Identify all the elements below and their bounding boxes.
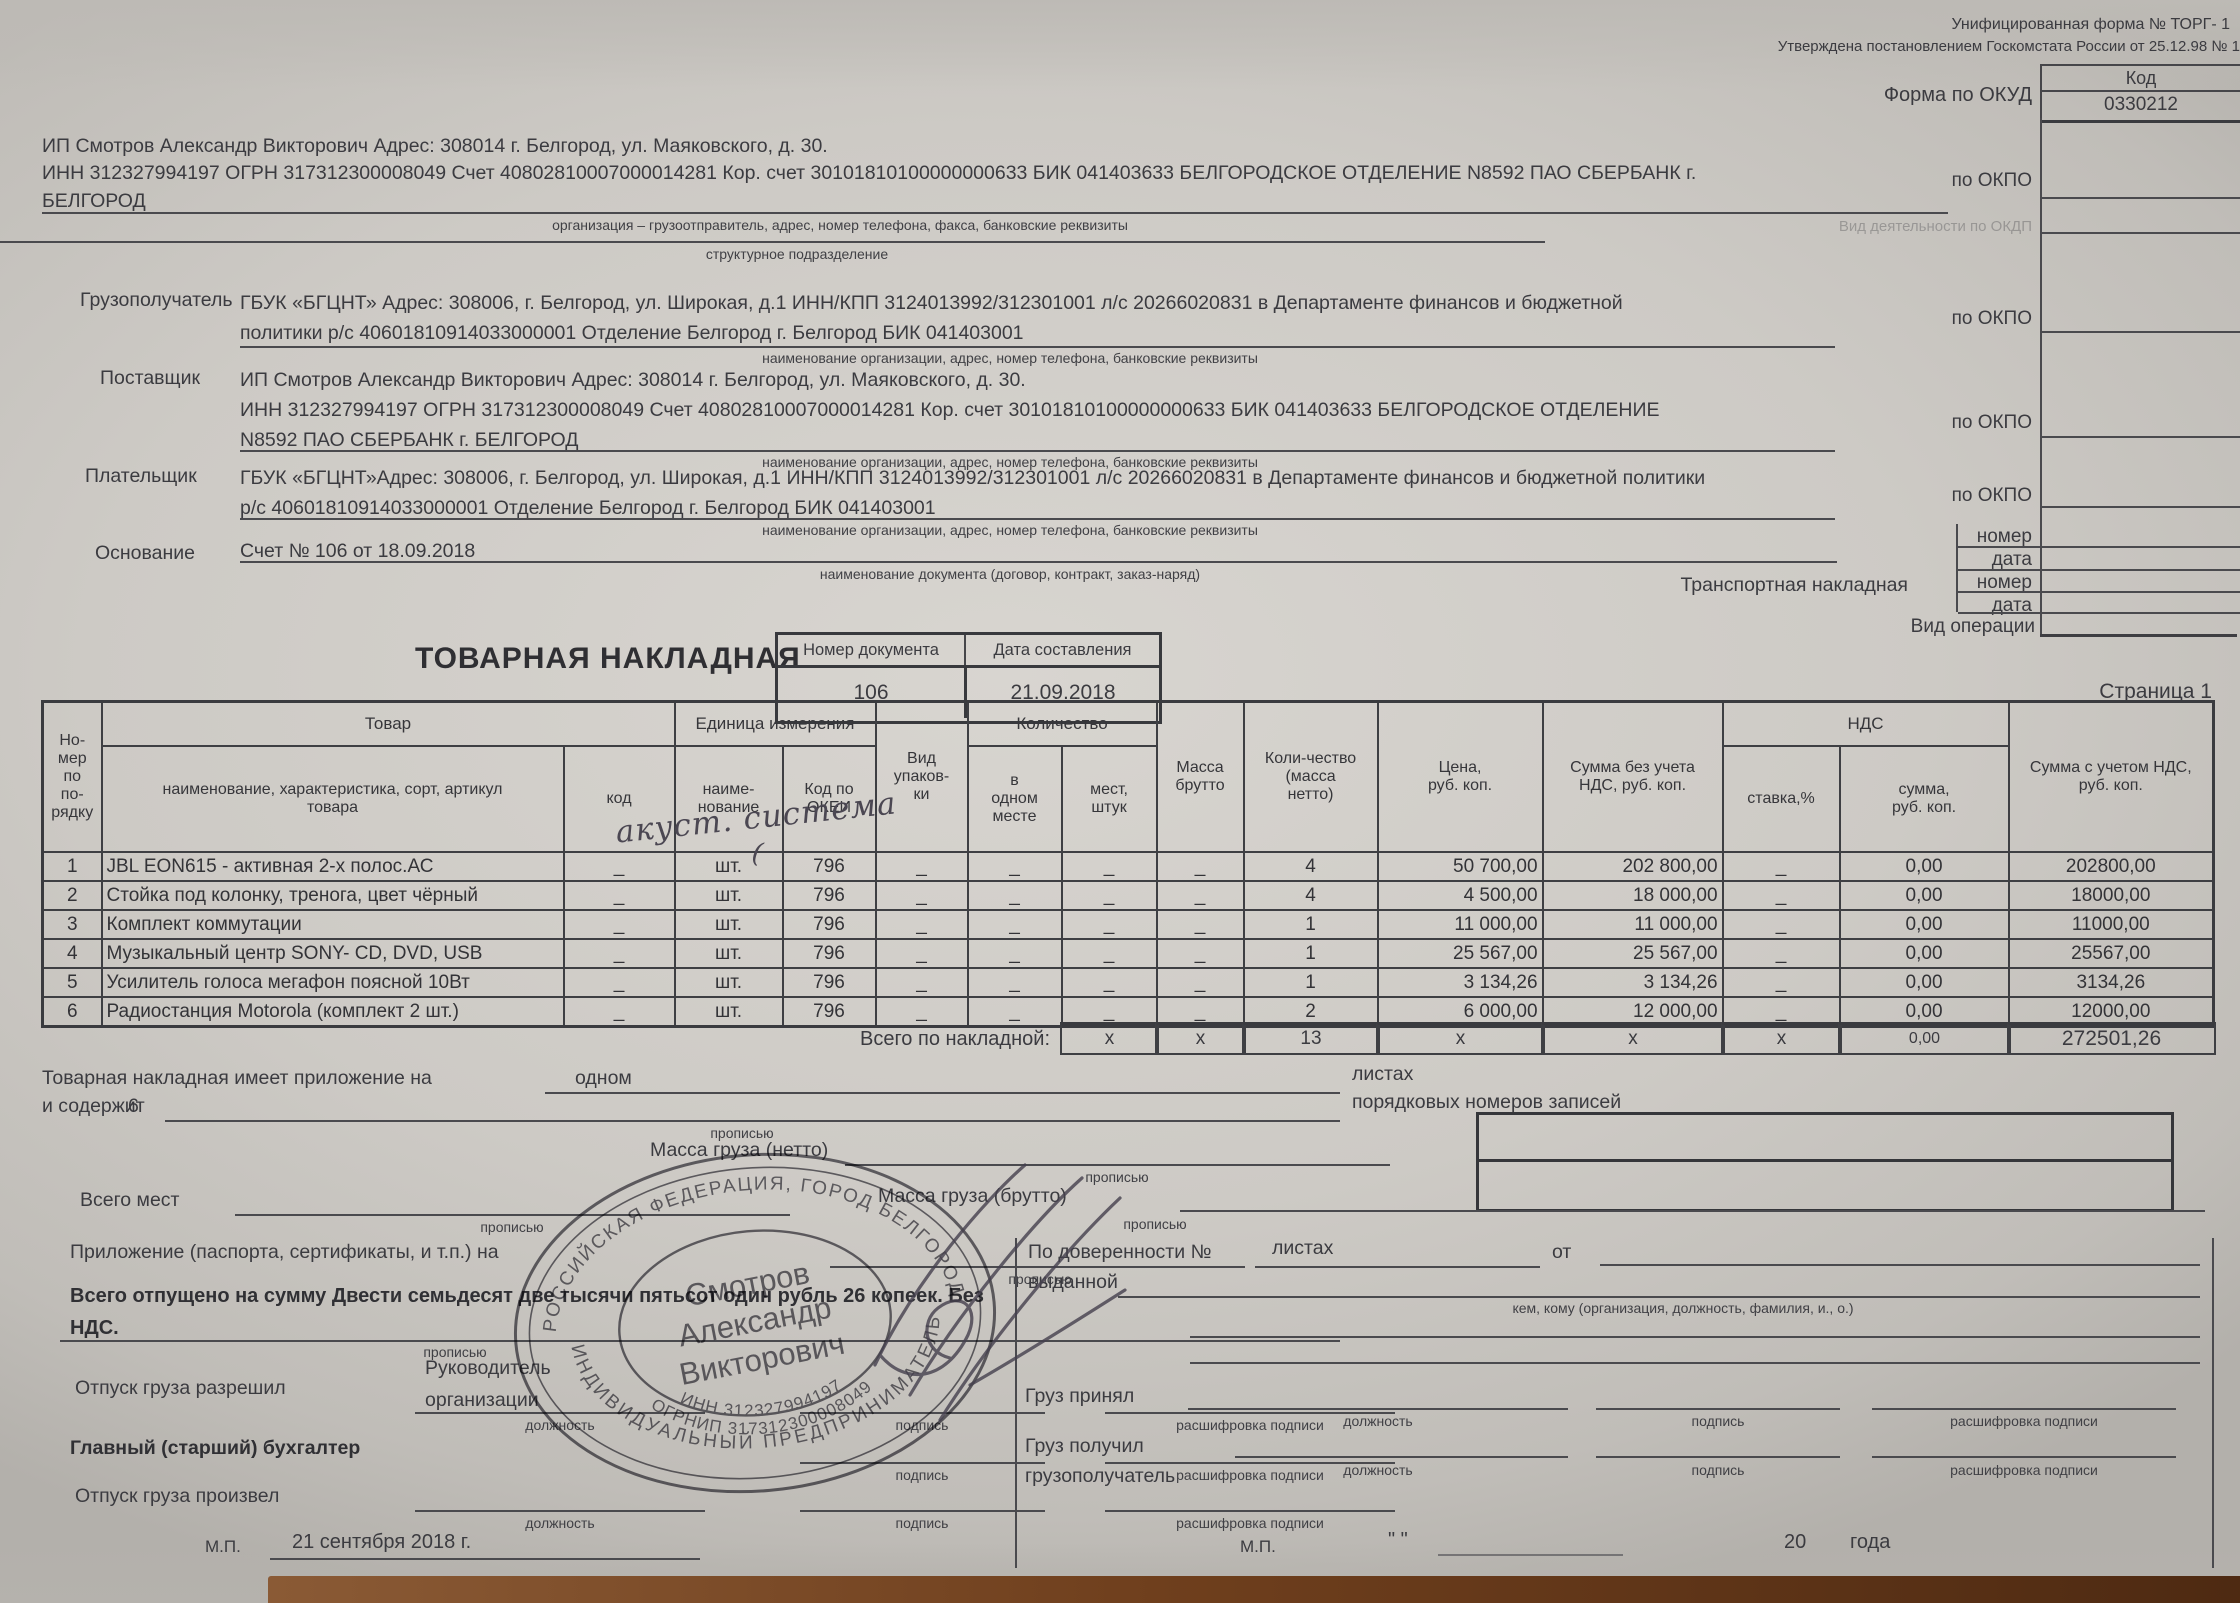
col-product-group: Товар — [102, 702, 675, 747]
item-row: 1JBL EON615 - активная 2-х полос.АС_шт.7… — [43, 852, 2214, 881]
rule-line — [415, 1510, 705, 1512]
stamp-inn-text: ИНН 312327994197 — [676, 1375, 847, 1427]
head-role-2: организации — [425, 1388, 539, 1412]
basis-date-label: дата — [1992, 549, 2032, 571]
rule-line — [1872, 1408, 2176, 1410]
sign-caption: подпись — [1692, 1462, 1745, 1478]
totals-label: Всего по накладной: — [860, 1028, 1050, 1051]
cargo-received-label-1: Груз получил — [1025, 1434, 1144, 1458]
rule-line — [165, 1120, 1340, 1122]
shipper-line-1: ИП Смотров Александр Викторович Адрес: 3… — [42, 134, 828, 158]
col-product-name: наименование, характеристика, сорт, арти… — [102, 746, 564, 852]
rule-line — [270, 1558, 700, 1560]
attachment-suffix: листах — [1272, 1236, 1333, 1260]
rule-line — [1872, 1456, 2176, 1458]
sign-name-caption: расшифровка подписи — [1950, 1413, 2098, 1429]
item-row: 3Комплект коммутации_шт.796____111 000,0… — [43, 910, 2214, 939]
rule-line — [2040, 197, 2240, 199]
col-vat-group: НДС — [1723, 702, 2009, 747]
sign-name-caption: расшифровка подписи — [1950, 1462, 2098, 1478]
item-row: 2Стойка под колонку, тренога, цвет чёрны… — [43, 881, 2214, 910]
item-row: 4Музыкальный центр SONY- CD, DVD, USB_шт… — [43, 939, 2214, 968]
propis-caption: прописью — [480, 1219, 543, 1235]
operation-type-label: Вид операции — [1911, 616, 2035, 638]
rule-line — [0, 241, 1545, 243]
rule-line — [1255, 1266, 1540, 1268]
sign-caption: подпись — [1692, 1413, 1745, 1429]
col-qty: Коли-чество (масса нетто) — [1244, 702, 1378, 853]
appendix-suffix-1: листах — [1352, 1062, 1413, 1086]
totals-price: х — [1376, 1022, 1545, 1055]
rule-line — [2040, 232, 2240, 234]
svg-text:ИНН 312327994197: ИНН 312327994197 — [676, 1375, 847, 1427]
rule-line — [1105, 1510, 1395, 1512]
rule-line — [1438, 1554, 1623, 1556]
shipper-line-3: БЕЛГОРОД — [42, 189, 146, 213]
col-places: мест, штук — [1062, 746, 1157, 852]
sign-caption: подпись — [896, 1467, 949, 1483]
supplier-label: Поставщик — [100, 366, 200, 390]
position-caption: должность — [1343, 1413, 1412, 1429]
rule-line — [1958, 612, 2240, 614]
totals-qty: 13 — [1242, 1022, 1380, 1055]
sign-caption: подпись — [896, 1417, 949, 1433]
rule-line — [1958, 569, 2240, 571]
totals-sum: х — [1541, 1022, 1725, 1055]
release-made-label: Отпуск груза произвел — [75, 1484, 279, 1508]
col-price: Цена, руб. коп. — [1378, 702, 1543, 853]
rule-line — [2212, 1238, 2214, 1568]
head-role-1: Руководитель — [425, 1356, 551, 1380]
basis-caption: наименование документа (договор, контрак… — [820, 566, 1200, 582]
total-places-label: Всего мест — [80, 1188, 179, 1212]
rule-line — [42, 212, 1948, 214]
rule-line — [800, 1510, 1045, 1512]
rule-line — [240, 561, 1837, 563]
rule-line — [1118, 1296, 2200, 1298]
rule-line — [2040, 436, 2240, 438]
okpo-label-payer: по ОКПО — [1952, 485, 2032, 507]
position-caption: должность — [1343, 1462, 1412, 1478]
doc-number-label: Номер документа — [778, 635, 966, 665]
rule-line — [415, 1412, 705, 1414]
col-unit-group: Единица измерения — [675, 702, 876, 747]
total-amount-words-1: Всего отпущено на сумму Двести семьдесят… — [70, 1284, 984, 1309]
col-vat-sum: сумма, руб. коп. — [1840, 746, 2009, 852]
rule-line — [1235, 1456, 1568, 1458]
rule-line — [1596, 1456, 1840, 1458]
basis-label: Основание — [95, 541, 195, 565]
propis-caption: прописью — [1123, 1216, 1186, 1232]
okpo-label-supplier: по ОКПО — [1952, 412, 2032, 434]
payer-label: Плательщик — [85, 464, 197, 488]
totals-brutto: х — [1155, 1022, 1246, 1055]
photo-table-edge — [268, 1576, 2240, 1603]
attorney-issued-label: выданной — [1028, 1270, 1118, 1294]
col-brutto: Масса брутто — [1157, 702, 1244, 853]
cargo-accepted-label: Груз принял — [1025, 1384, 1134, 1408]
total-amount-words-2: НДС. — [70, 1316, 119, 1341]
okud-value: 0330212 — [2042, 92, 2240, 118]
payer-line-1: ГБУК «БГЦНТ»Адрес: 308006, г. Белгород, … — [240, 466, 1705, 490]
rule-line — [845, 1164, 1390, 1166]
activity-okdp-label: Вид деятельности по ОКДП — [1839, 218, 2032, 235]
col-per-place: в одном месте — [968, 746, 1062, 852]
col-num: Но- мер по по- рядку — [43, 702, 102, 853]
transport-waybill-label: Транспортная накладная — [1680, 574, 1908, 597]
release-allowed-label: Отпуск груза разрешил — [75, 1376, 286, 1400]
supplier-line-1: ИП Смотров Александр Викторович Адрес: 3… — [240, 368, 1026, 392]
sign-caption: подпись — [896, 1515, 949, 1531]
appendix-value-2: 6 — [128, 1094, 139, 1118]
rule-line — [1015, 1238, 1017, 1568]
date-quotes: " " — [1388, 1528, 1408, 1553]
rule-line — [1958, 591, 2240, 593]
rule-line — [545, 1092, 1340, 1094]
rule-line — [1956, 524, 1958, 612]
document-title: ТОВАРНАЯ НАКЛАДНАЯ — [415, 640, 801, 678]
items-table: Но- мер по по- рядку Товар Единица измер… — [41, 700, 2215, 1028]
torg-12-scanned-document: Унифицированная форма № ТОРГ- 1 Утвержде… — [0, 0, 2240, 1603]
okpo-label-consignee: по ОКПО — [1952, 308, 2032, 330]
shipper-line-2: ИНН 312327994197 ОГРН 317312300008049 Сч… — [42, 161, 1696, 185]
appendix-value-1: одном — [575, 1066, 632, 1090]
sign-name-caption: расшифровка подписи — [1176, 1467, 1324, 1483]
mp-label-left: М.П. — [205, 1536, 241, 1557]
svg-text:ИНДИВИДУАЛЬНЫЙ ПРЕДПРИНИМАТЕЛЬ: ИНДИВИДУАЛЬНЫЙ ПРЕДПРИНИМАТЕЛЬ — [566, 1311, 956, 1469]
rule-line — [60, 1340, 1340, 1342]
unified-form-note: Унифицированная форма № ТОРГ- 1 — [1951, 16, 2230, 34]
rule-line — [240, 346, 1835, 348]
rule-line — [235, 1214, 790, 1216]
shipper-caption: организация – грузоотправитель, адрес, н… — [552, 217, 1128, 233]
consignee-line-2: политики р/с 40601810914033000001 Отделе… — [240, 321, 1024, 345]
item-row: 5Усилитель голоса мегафон поясной 10Вт_ш… — [43, 968, 2214, 997]
col-total: Сумма с учетом НДС, руб. коп. — [2009, 702, 2214, 853]
mass-brutto-label: Масса груза (брутто) — [878, 1184, 1067, 1208]
cargo-received-label-2: грузополучатель — [1025, 1464, 1175, 1488]
rule-line — [1180, 1210, 2205, 1212]
rule-line — [1188, 1408, 1568, 1410]
code-box-header: Код — [2042, 66, 2240, 92]
consignee-line-1: ГБУК «БГЦНТ» Адрес: 308006, г. Белгород,… — [240, 291, 1623, 315]
code-box: Код 0330212 — [2040, 64, 2240, 123]
chief-accountant-label: Главный (старший) бухгалтер — [70, 1436, 360, 1460]
rule-line — [2040, 118, 2042, 636]
rule-line — [830, 1266, 1245, 1268]
mp-label-right: М.П. — [1240, 1536, 1276, 1557]
year-suffix: года — [1850, 1530, 1890, 1555]
structural-unit-caption: структурное подразделение — [706, 246, 888, 262]
col-vat-rate: ставка,% — [1723, 746, 1840, 852]
rule-line — [1596, 1408, 1840, 1410]
totals-vat: 0,00 — [1838, 1022, 2011, 1055]
okud-label: Форма по ОКУД — [1884, 84, 2032, 107]
basis-value: Счет № 106 от 18.09.2018 — [240, 539, 475, 563]
consignee-label: Грузополучатель — [80, 288, 233, 312]
rule-line — [2040, 506, 2240, 508]
supplier-line-2: ИНН 312327994197 ОГРН 317312300008049 Сч… — [240, 398, 1660, 422]
rule-line — [2040, 634, 2237, 637]
stamp-outer-bottom-text: ИНДИВИДУАЛЬНЫЙ ПРЕДПРИНИМАТЕЛЬ — [566, 1311, 956, 1469]
sign-name-caption: расшифровка подписи — [1176, 1417, 1324, 1433]
totals-rate: х — [1721, 1022, 1842, 1055]
okpo-label-shipper: по ОКПО — [1952, 170, 2032, 192]
year-prefix: 20 — [1784, 1530, 1806, 1555]
rule-line — [240, 518, 1835, 520]
rule-line — [1190, 1362, 2200, 1364]
sign-name-caption: расшифровка подписи — [1176, 1515, 1324, 1531]
rule-line — [240, 450, 1835, 452]
rule-line — [800, 1462, 1045, 1464]
totals-places: х — [1060, 1022, 1159, 1055]
payer-line-2: р/с 40601810914033000001 Отделение Белго… — [240, 496, 936, 520]
appendix-text-1: Товарная накладная имеет приложение на — [42, 1066, 432, 1090]
rule-line — [800, 1412, 1045, 1414]
mass-netto-label: Масса груза (нетто) — [650, 1138, 828, 1162]
supplier-line-3: N8592 ПАО СБЕРБАНК г. БЕЛГОРОД — [240, 428, 579, 452]
col-qty-group: Количество — [968, 702, 1157, 747]
rule-line — [2040, 331, 2240, 333]
attorney-from-label: от — [1552, 1240, 1571, 1264]
appendix-suffix-2: порядковых номеров записей — [1352, 1090, 1621, 1114]
doc-date-label: Дата составления — [966, 635, 1159, 665]
position-caption: должность — [525, 1417, 594, 1433]
consignee-caption: наименование организации, адрес, номер т… — [762, 350, 1258, 366]
attorney-label: По доверенности № — [1028, 1240, 1211, 1264]
position-caption: должность — [525, 1515, 594, 1531]
empty-summary-box — [1476, 1112, 2174, 1212]
attorney-caption: кем, кому (организация, должность, фамил… — [1512, 1300, 1853, 1316]
totals-grand: 272501,26 — [2007, 1022, 2216, 1055]
rule-line — [1600, 1264, 2200, 1266]
col-sum-wo-vat: Сумма без учета НДС, руб. коп. — [1543, 702, 1723, 853]
approved-note: Утверждена постановлением Госкомстата Ро… — [1778, 38, 2240, 55]
rule-line — [1190, 1336, 2200, 1338]
stamp-center-line3: Викторович — [676, 1326, 847, 1392]
release-date: 21 сентября 2018 г. — [292, 1530, 471, 1555]
col-pack: Вид упаков- ки — [876, 702, 968, 853]
rule-line — [1958, 546, 2240, 548]
propis-caption: прописью — [1085, 1169, 1148, 1185]
payer-caption: наименование организации, адрес, номер т… — [762, 522, 1258, 538]
basis-number-label: номер — [1977, 526, 2032, 548]
attachment-label: Приложение (паспорта, сертификаты, и т.п… — [70, 1240, 499, 1264]
